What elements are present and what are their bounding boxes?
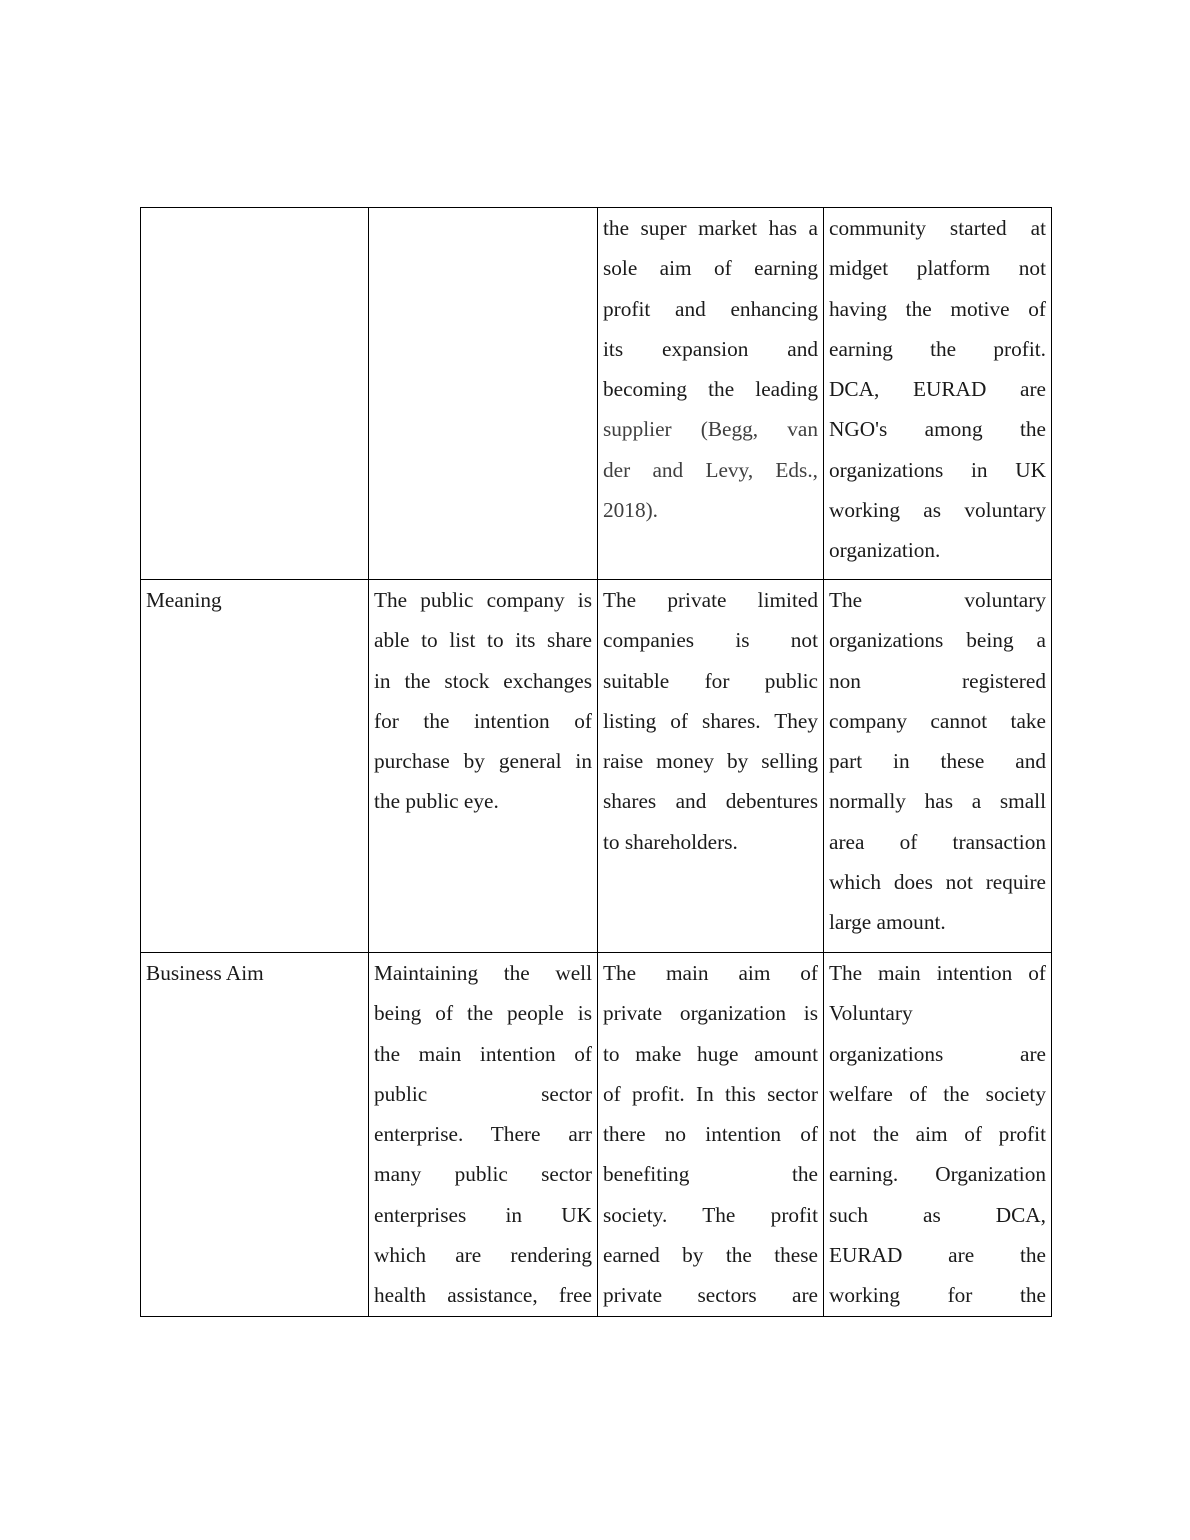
text-line: able to list to its share: [374, 620, 592, 660]
text-line: part in these and: [829, 741, 1046, 781]
row-label-cell: Meaning: [141, 580, 369, 953]
text-line: earning. Organization: [829, 1154, 1046, 1194]
text-line: company cannot take: [829, 701, 1046, 741]
private-sector-cell: The private limitedcompanies is notsuita…: [598, 580, 824, 953]
text-line: community started at: [829, 208, 1046, 248]
text-line: private organization is: [603, 993, 818, 1033]
text-line: welfare of the society: [829, 1074, 1046, 1114]
row-label: Business Aim: [146, 953, 363, 993]
text-line: its expansion and: [603, 329, 818, 369]
text-line: sole aim of earning: [603, 248, 818, 288]
text-line: normally has a small: [829, 781, 1046, 821]
document-page: the super market has asole aim of earnin…: [0, 0, 1190, 1540]
text-line: private sectors are: [603, 1275, 818, 1315]
text-line: the super market has a: [603, 208, 818, 248]
public-sector-cell: Maintaining the wellbeing of the people …: [369, 953, 598, 1317]
voluntary-sector-cell: The voluntaryorganizations being anon re…: [824, 580, 1052, 953]
row-label-cell: Business Aim: [141, 953, 369, 1317]
text-line: not the aim of profit: [829, 1114, 1046, 1154]
text-line: listing of shares. They: [603, 701, 818, 741]
text-line: benefiting the: [603, 1154, 818, 1194]
text-line: being of the people is: [374, 993, 592, 1033]
table-row: MeaningThe public company isable to list…: [141, 580, 1052, 953]
text-line: Voluntary: [829, 993, 1046, 1033]
text-line: earned by the these: [603, 1235, 818, 1275]
private-sector-cell: the super market has asole aim of earnin…: [598, 208, 824, 580]
text-line: which does not require: [829, 862, 1046, 902]
text-line: which are rendering: [374, 1235, 592, 1275]
text-line: Maintaining the well: [374, 953, 592, 993]
text-line: such as DCA,: [829, 1195, 1046, 1235]
table-row: Business AimMaintaining the wellbeing of…: [141, 953, 1052, 1317]
text-line: working for the: [829, 1275, 1046, 1315]
text-line: for the intention of: [374, 701, 592, 741]
text-line: the main intention of: [374, 1034, 592, 1074]
text-line: area of transaction: [829, 822, 1046, 862]
text-line: earning the profit.: [829, 329, 1046, 369]
text-line: shares and debentures: [603, 781, 818, 821]
text-line: enterprises in UK: [374, 1195, 592, 1235]
text-line: der and Levy, Eds.,: [603, 450, 818, 490]
text-line: organization.: [829, 530, 1046, 570]
text-line: becoming the leading: [603, 369, 818, 409]
text-line: supplier (Begg, van: [603, 409, 818, 449]
voluntary-sector-cell: community started atmidget platform noth…: [824, 208, 1052, 580]
text-line: there no intention of: [603, 1114, 818, 1154]
text-line: organizations in UK: [829, 450, 1046, 490]
text-line: The voluntary: [829, 580, 1046, 620]
text-line: The private limited: [603, 580, 818, 620]
text-line: to shareholders.: [603, 822, 818, 862]
text-line: The main intention of: [829, 953, 1046, 993]
text-line: health assistance, free: [374, 1275, 592, 1315]
text-line: midget platform not: [829, 248, 1046, 288]
text-line: EURAD are the: [829, 1235, 1046, 1275]
text-line: companies is not: [603, 620, 818, 660]
text-line: purchase by general in: [374, 741, 592, 781]
text-line: organizations being a: [829, 620, 1046, 660]
row-label: Meaning: [146, 580, 363, 620]
text-line: of profit. In this sector: [603, 1074, 818, 1114]
comparison-table: the super market has asole aim of earnin…: [140, 207, 1052, 1317]
text-line: 2018).: [603, 490, 818, 530]
text-line: DCA, EURAD are: [829, 369, 1046, 409]
text-line: The main aim of: [603, 953, 818, 993]
text-line: the public eye.: [374, 781, 592, 821]
text-line: public sector: [374, 1074, 592, 1114]
text-line: many public sector: [374, 1154, 592, 1194]
text-line: in the stock exchanges: [374, 661, 592, 701]
text-line: large amount.: [829, 902, 1046, 942]
text-line: non registered: [829, 661, 1046, 701]
row-label-cell: [141, 208, 369, 580]
private-sector-cell: The main aim ofprivate organization isto…: [598, 953, 824, 1317]
text-line: to make huge amount: [603, 1034, 818, 1074]
text-line: NGO's among the: [829, 409, 1046, 449]
text-line: enterprise. There arr: [374, 1114, 592, 1154]
public-sector-cell: [369, 208, 598, 580]
text-line: profit and enhancing: [603, 289, 818, 329]
text-line: suitable for public: [603, 661, 818, 701]
voluntary-sector-cell: The main intention ofVoluntaryorganizati…: [824, 953, 1052, 1317]
text-line: working as voluntary: [829, 490, 1046, 530]
text-line: society. The profit: [603, 1195, 818, 1235]
text-line: organizations are: [829, 1034, 1046, 1074]
row-label: [146, 208, 363, 248]
table-row: the super market has asole aim of earnin…: [141, 208, 1052, 580]
text-line: raise money by selling: [603, 741, 818, 781]
text-line: having the motive of: [829, 289, 1046, 329]
public-sector-cell: The public company isable to list to its…: [369, 580, 598, 953]
text-line: The public company is: [374, 580, 592, 620]
